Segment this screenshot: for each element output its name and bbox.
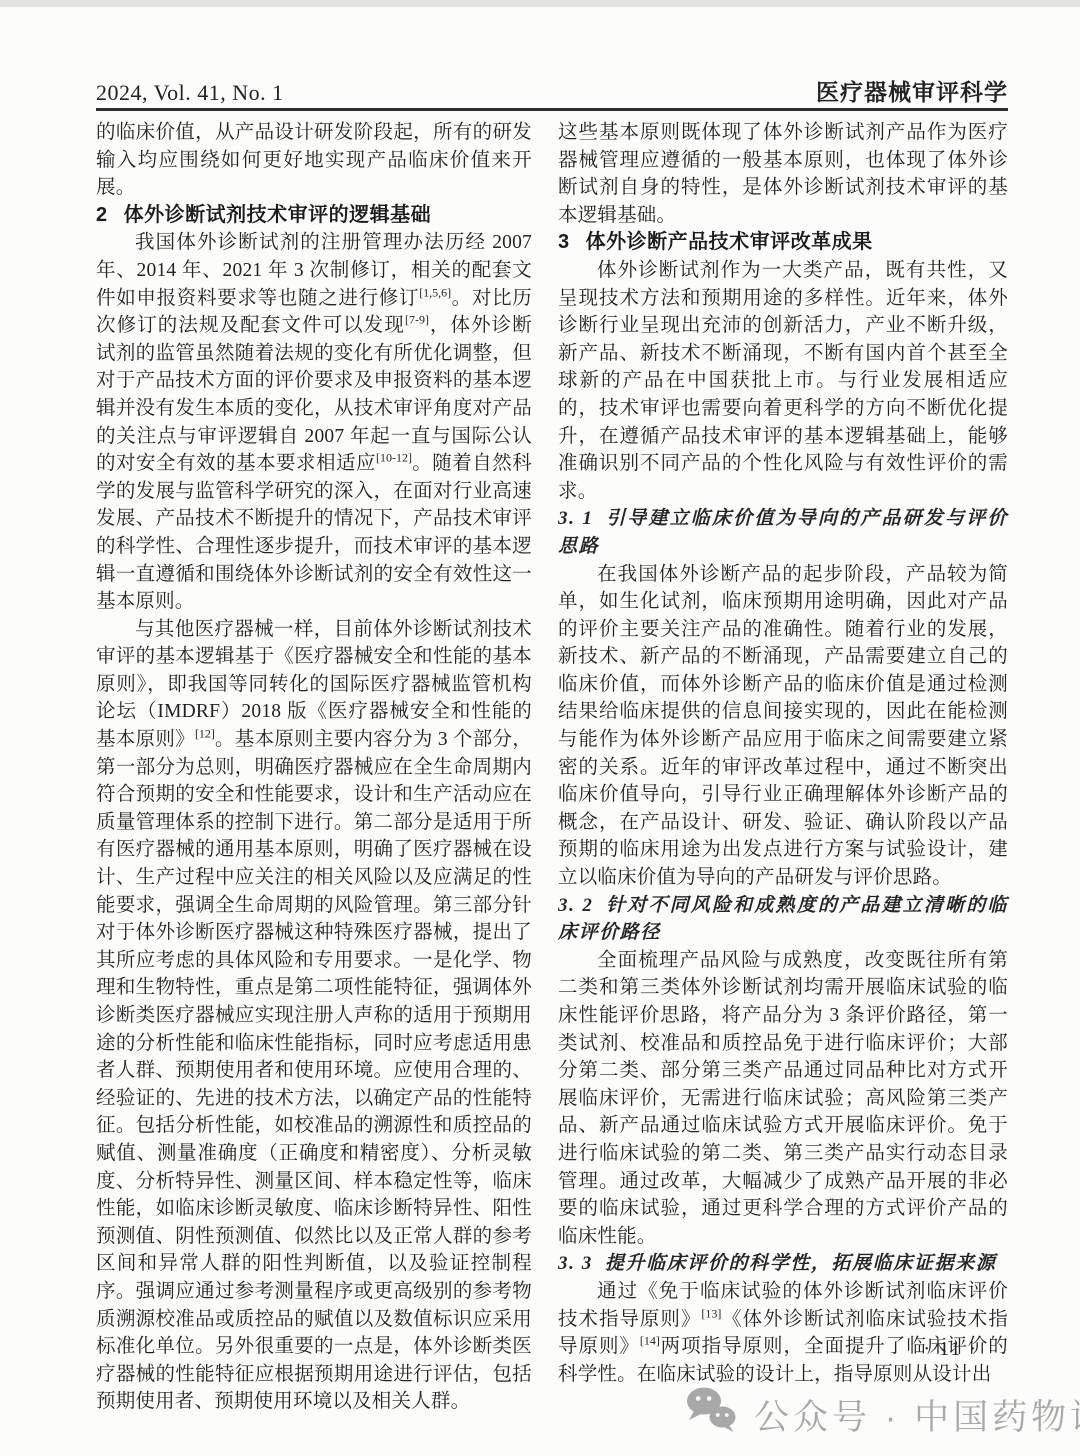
issue-info: 2024, Vol. 41, No. 1 bbox=[96, 80, 284, 106]
citation-ref: [10-12] bbox=[376, 451, 412, 465]
citation-ref: [12] bbox=[195, 727, 215, 741]
right-column: 这些基本原则既体现了体外诊断试剂产品作为医疗器械管理应遵循的一般基本原则，也体现… bbox=[558, 119, 1008, 1388]
section-title: 体外诊断产品技术审评改革成果 bbox=[586, 231, 873, 253]
watermark-label: 公众号 · 中国药物评价 bbox=[754, 1390, 1080, 1440]
section-heading-2: 2体外诊断试剂技术审评的逻辑基础 bbox=[96, 202, 532, 230]
left-column: 的临床价值，从产品设计研发阶段起，所有的研发输入均应围绕如何更好地实现产品临床价… bbox=[96, 119, 532, 1416]
paragraph: 与其他医疗器械一样，目前体外诊断试剂技术审评的基本逻辑基于《医疗器械安全和性能的… bbox=[96, 616, 532, 1416]
citation-ref: [1,5,6] bbox=[419, 285, 451, 299]
subsection-heading-3-2: 3. 2针对不同风险和成熟度的产品建立清晰的临床评价路径 bbox=[558, 892, 1008, 947]
subsection-number: 3. 2 bbox=[558, 895, 593, 916]
section-heading-3: 3体外诊断产品技术审评改革成果 bbox=[558, 229, 1008, 257]
scan-edge bbox=[0, 0, 1080, 7]
journal-title: 医疗器械审评科学 bbox=[816, 74, 1008, 107]
paragraph: 在我国体外诊断产品的起步阶段，产品较为简单，如生化试剂，临床预期用途明确，因此对… bbox=[558, 561, 1008, 892]
subsection-heading-3-3: 3. 3提升临床评价的科学性，拓展临床证据来源 bbox=[558, 1250, 1008, 1278]
paragraph: 通过《免于临床试验的体外诊断试剂临床评价技术指导原则》[13]《体外诊断试剂临床… bbox=[558, 1278, 1008, 1388]
section-number: 2 bbox=[96, 204, 108, 226]
subsection-title: 提升临床评价的科学性，拓展临床证据来源 bbox=[605, 1253, 996, 1274]
paragraph-continuation: 的临床价值，从产品设计研发阶段起，所有的研发输入均应围绕如何更好地实现产品临床价… bbox=[96, 119, 532, 202]
page-number: · 11 · bbox=[558, 1338, 978, 1361]
page-header: 2024, Vol. 41, No. 1 医疗器械审评科学 bbox=[96, 74, 1008, 107]
body-text: 。基本原则主要内容分为 3 个部分，第一部分为总则，明确医疗器械应在全生命周期内… bbox=[96, 729, 532, 1412]
citation-ref: [7-9] bbox=[405, 313, 429, 327]
paragraph-continuation: 这些基本原则既体现了体外诊断试剂产品作为医疗器械管理应遵循的一般基本原则，也体现… bbox=[558, 119, 1008, 229]
paragraph: 全面梳理产品风险与成熟度，改变既往所有第二类和第三类体外诊断试剂均需开展临床试验… bbox=[558, 947, 1008, 1251]
body-text: 。随着自然科学的发展与监管科学研究的深入，在面对行业高速发展、产品技术不断提升的… bbox=[96, 453, 532, 612]
section-number: 3 bbox=[558, 231, 570, 253]
subsection-number: 3. 3 bbox=[558, 1253, 593, 1274]
citation-ref: [13] bbox=[701, 1306, 721, 1320]
body-text: ，体外诊断试剂的监管虽然随着法规的变化有所优化调整，但对于产品技术方面的评价要求… bbox=[96, 315, 532, 474]
wechat-icon bbox=[684, 1386, 738, 1443]
header-rule bbox=[96, 108, 1008, 111]
journal-page: 2024, Vol. 41, No. 1 医疗器械审评科学 的临床价值，从产品设… bbox=[0, 0, 1080, 1456]
subsection-number: 3. 1 bbox=[558, 508, 593, 529]
subsection-title: 针对不同风险和成熟度的产品建立清晰的临床评价路径 bbox=[558, 895, 1008, 944]
section-title: 体外诊断试剂技术审评的逻辑基础 bbox=[124, 204, 432, 226]
paragraph: 我国体外诊断试剂的注册管理办法历经 2007 年、2014 年、2021 年 3… bbox=[96, 229, 532, 615]
subsection-heading-3-1: 3. 1引导建立临床价值为导向的产品研发与评价思路 bbox=[558, 505, 1008, 560]
paragraph: 体外诊断试剂作为一大类产品，既有共性，又呈现技术方法和预期用途的多样性。近年来，… bbox=[558, 257, 1008, 505]
subsection-title: 引导建立临床价值为导向的产品研发与评价思路 bbox=[558, 508, 1008, 557]
watermark: 公众号 · 中国药物评价 bbox=[684, 1386, 1080, 1443]
